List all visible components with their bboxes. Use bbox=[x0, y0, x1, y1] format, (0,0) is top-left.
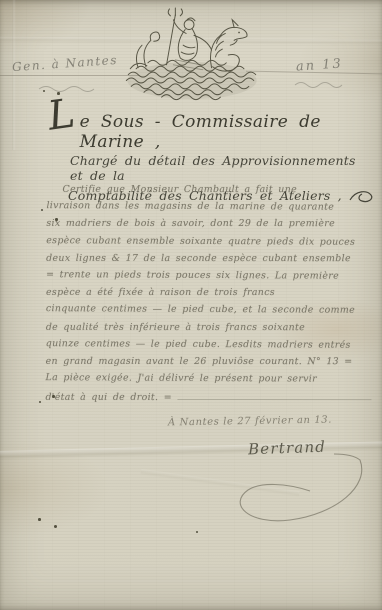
body-line: en grand magasin avant le 26 pluviôse co… bbox=[46, 353, 374, 370]
body-line-text: d'état à qui de droit. = bbox=[45, 389, 171, 406]
heading-initial: L bbox=[46, 96, 77, 133]
ink-speck bbox=[54, 525, 57, 528]
body-line: = trente un pieds trois pouces six ligne… bbox=[46, 266, 374, 285]
ink-speck bbox=[196, 531, 198, 533]
heading-row-1: L e Sous - Commissaire de Marine , bbox=[48, 98, 374, 152]
dateline: À Nantes le 27 février an 13. bbox=[168, 415, 332, 429]
line-filler-rule bbox=[178, 387, 372, 400]
vignette-neptune-seahorse-engraving bbox=[118, 6, 266, 104]
body-line: d'état à qui de droit. = bbox=[45, 387, 373, 406]
body-line: livraison dans les magasins de la marine… bbox=[46, 197, 374, 216]
heading-line-2: Chargé du détail des Approvisionnements … bbox=[70, 153, 374, 183]
signature-flourish bbox=[216, 452, 372, 538]
body-line: quinze centimes — le pied cube. Lesdits … bbox=[46, 335, 374, 354]
heading-line-1: e Sous - Commissaire de Marine , bbox=[80, 112, 374, 152]
ink-speck bbox=[57, 92, 60, 95]
ink-speck bbox=[55, 218, 58, 221]
ink-speck bbox=[38, 518, 41, 521]
body-line: Certifie que Monsieur Chambault a fait u… bbox=[47, 181, 375, 198]
handwritten-body: Certifie que Monsieur Chambault a fait u… bbox=[45, 180, 374, 407]
body-line: espèce cubant ensemble soixante quatre p… bbox=[46, 232, 374, 251]
ink-speck bbox=[52, 395, 55, 398]
ink-speck bbox=[39, 401, 41, 403]
manuscript-page: Gen. à Nantes an 13 bbox=[0, 0, 382, 610]
body-line: La pièce exigée. J'ai délivré le présent… bbox=[46, 369, 374, 388]
ink-speck bbox=[41, 209, 43, 211]
pencil-note-left: Gen. à Nantes bbox=[12, 52, 133, 74]
body-line: deux lignes & 17 de la seconde espèce cu… bbox=[46, 250, 374, 267]
ink-speck bbox=[43, 90, 45, 92]
body-line: espèce a été fixée à raison de trois fra… bbox=[46, 284, 374, 301]
body-line: de qualité très inférieure à trois franc… bbox=[46, 318, 374, 335]
body-line: six madriers de bois à savoir, dont 29 d… bbox=[46, 215, 374, 232]
pencil-squiggle bbox=[294, 80, 344, 88]
body-line: cinquante centimes — le pied cube, et la… bbox=[46, 301, 374, 320]
